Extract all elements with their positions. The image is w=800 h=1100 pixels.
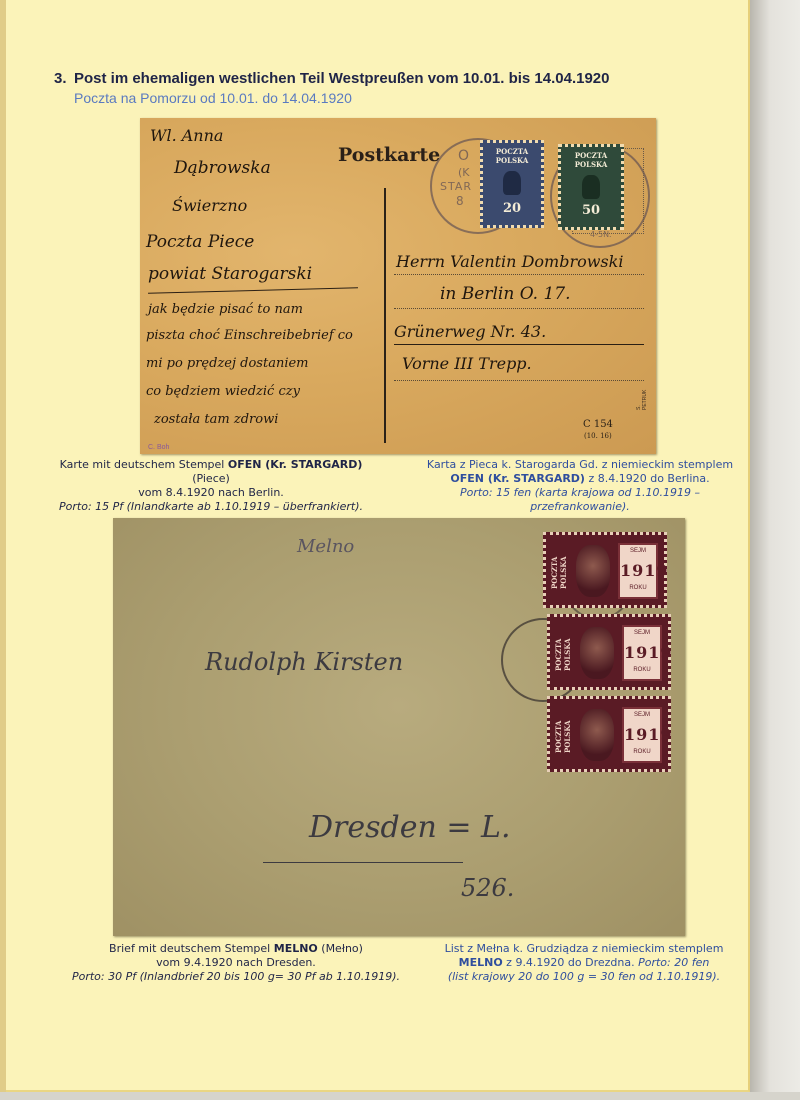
portrait-icon	[576, 545, 610, 597]
message-line: Dąbrowska	[174, 158, 271, 178]
imprint: S. PETRUK	[636, 390, 648, 410]
caption-text: Karte mit deutschem Stempel	[60, 458, 228, 471]
address-line: in Berlin O. 17.	[440, 284, 570, 304]
scanner-background-right	[750, 0, 800, 1100]
form-number: C 154	[583, 419, 613, 430]
plate-text: SEJM	[624, 630, 660, 636]
stamp-country: POCZTA POLSKA	[554, 625, 574, 685]
section-number: 3.	[54, 70, 67, 87]
postmark-name: OFEN (Kr. STARGARD)	[450, 472, 585, 485]
address-line: Herrn Valentin Dombrowski	[396, 252, 623, 271]
stamp-country: POCZTA POLSKA	[483, 147, 541, 165]
postmark-name: OFEN (Kr. STARGARD)	[228, 458, 363, 471]
stamp-50: POCZTA POLSKA 50	[558, 144, 624, 230]
envelope-caption-german: Brief mit deutschem Stempel MELNO (Mełno…	[66, 942, 406, 984]
stamp-10-bottom: POCZTA POLSKA SEJM 1919 ROKU	[547, 696, 671, 772]
message-line: Poczta Piece	[146, 232, 254, 252]
section-title-german: Post im ehemaligen westlichen Teil Westp…	[74, 70, 610, 87]
message-line: Świerzno	[172, 196, 247, 215]
stamp-plate: SEJM 1919 ROKU	[622, 625, 662, 681]
postcard-divider-line	[384, 188, 386, 443]
message-line: Wl. Anna	[150, 126, 223, 145]
postcard-caption-german: Karte mit deutschem Stempel OFEN (Kr. ST…	[56, 458, 366, 514]
destination-city: Dresden = L.	[309, 810, 511, 845]
stamp-10-top: POCZTA POLSKA SEJM 1919 ROKU	[543, 532, 667, 608]
address-underline	[394, 344, 644, 345]
envelope-image: Melno Rudolph Kirsten Dresden = L. 526. …	[113, 518, 685, 936]
postmark-text: O	[458, 148, 469, 164]
caption-text: vom 9.4.1920 nach Dresden.	[66, 956, 406, 970]
postcard-printed-title: Postkarte	[338, 144, 440, 166]
postcard-caption-polish: Karta z Pieca k. Starogarda Gd. z niemie…	[410, 458, 750, 514]
address-dotted-line	[394, 308, 644, 309]
stamp-20: POCZTA POLSKA 20	[480, 140, 544, 228]
postmark-text: STAR	[440, 180, 472, 193]
plate-text: SEJM	[624, 712, 660, 718]
printer-mark: C. Boh	[148, 444, 169, 451]
caption-text: vom 8.4.1920 nach Berlin.	[56, 486, 366, 500]
message-line: została tam zdrowi	[154, 412, 278, 427]
album-page: 3. Post im ehemaligen westlichen Teil We…	[6, 0, 750, 1092]
plate-text: ROKU	[624, 667, 660, 673]
stamp-value: 20	[483, 201, 541, 216]
eagle-icon	[582, 175, 600, 199]
recipient-name: Rudolph Kirsten	[205, 648, 403, 676]
postmark-name: MELNO	[459, 956, 503, 969]
portrait-icon	[580, 709, 614, 761]
message-line: co będziem wiedzić czy	[146, 384, 300, 399]
plate-year: 1919	[620, 561, 656, 580]
postmark-text: 8	[456, 194, 464, 208]
plate-text: SEJM	[620, 548, 656, 554]
stamp-value: 50	[561, 203, 621, 218]
address-dotted-line	[394, 274, 644, 275]
plate-text: ROKU	[624, 749, 660, 755]
postage-note: Porto: 30 Pf (Inlandbrief 20 bis 100 g= …	[72, 970, 400, 983]
postage-note: Porto: 15 Pf (Inlandkarte ab 1.10.1919 –…	[59, 500, 363, 513]
stamp-plate: SEJM 1919 ROKU	[622, 707, 662, 763]
city-underline	[263, 862, 463, 863]
stamp-plate: SEJM 1919 ROKU	[618, 543, 658, 599]
message-line: powiat Starogarski	[148, 264, 312, 284]
postage-note: Porto: 15 fen (karta krajowa od 1.10.191…	[460, 486, 700, 513]
caption-text: (Piece)	[192, 472, 230, 485]
scanner-background-bottom	[0, 1092, 800, 1100]
portrait-icon	[580, 627, 614, 679]
caption-text: List z Mełna k. Grudziądza z niemieckim …	[424, 942, 744, 956]
underline	[148, 287, 358, 293]
message-line: jak będzie pisać to nam	[148, 302, 303, 317]
caption-text: Brief mit deutschem Stempel	[109, 942, 274, 955]
message-line: mi po prędzej dostaniem	[146, 356, 309, 371]
stamp-country: POCZTA POLSKA	[550, 543, 570, 603]
postage-note: (list krajowy 20 do 100 g = 30 fen od 1.…	[448, 970, 720, 983]
sender-note: Melno	[297, 536, 354, 557]
form-date: (10. 16)	[584, 432, 612, 440]
plate-year: 1919	[624, 725, 660, 744]
postmark-name: MELNO	[274, 942, 318, 955]
stamp-country: POCZTA POLSKA	[561, 151, 621, 169]
caption-text: z 8.4.1920 do Berlina.	[585, 472, 710, 485]
eagle-icon	[503, 171, 521, 195]
message-line: piszta choć Einschreibebrief co	[146, 328, 353, 343]
address-dotted-line	[394, 380, 644, 381]
envelope-caption-polish: List z Mełna k. Grudziądza z niemieckim …	[424, 942, 744, 984]
plate-text: ROKU	[620, 585, 656, 591]
address-line: Vorne III Trepp.	[402, 354, 532, 373]
postmark-text: (K	[458, 166, 470, 179]
postage-note: Porto: 20 fen	[638, 956, 709, 969]
postcard-image: Postkarte Wl. Anna Dąbrowska Świerzno Po…	[140, 118, 656, 454]
caption-text: z 9.4.1920 do Drezdna.	[503, 956, 638, 969]
address-line: Grünerweg Nr. 43.	[394, 322, 546, 341]
caption-text: (Mełno)	[318, 942, 363, 955]
caption-text: Karta z Pieca k. Starogarda Gd. z niemie…	[410, 458, 750, 472]
stamp-country: POCZTA POLSKA	[554, 707, 574, 767]
stamp-10-middle: POCZTA POLSKA SEJM 1919 ROKU	[547, 614, 671, 690]
section-title-polish: Poczta na Pomorzu od 10.01. do 14.04.192…	[74, 90, 352, 106]
house-number: 526.	[461, 874, 514, 902]
plate-year: 1919	[624, 643, 660, 662]
